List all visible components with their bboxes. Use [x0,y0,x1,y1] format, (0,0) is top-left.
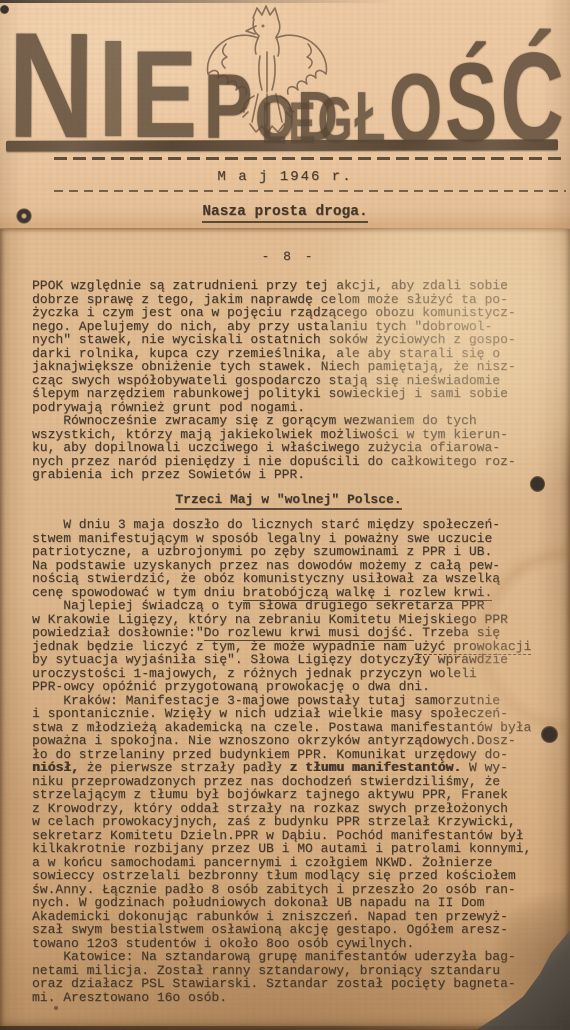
issue-date: M a j 1946 r. [0,169,570,185]
text-line: z Krowodrzy, który oddał strzały na rozk… [32,802,545,816]
text-line: Równocześnie zwracamy się z gorącym wezw… [32,414,545,428]
text-line: i spontanicznie. Wzięły w nich udział wi… [32,707,545,721]
masthead-letter: Ć [500,47,564,146]
text-line: podrywają również grunt pod nogami. [32,401,545,415]
text-line: w Krakowie Ligięzy, który na zebraniu Ko… [32,613,545,627]
text-segment: grabienia ich przez Sowietów i PPR. [32,467,305,482]
text-line: patriotyczne, a uzbrojonymi po zęby szum… [32,545,545,559]
text-line: PPR-owcy opóźnić przygotowaną prowokację… [32,680,545,694]
text-line: mi. Aresztowano 16o osób. [32,991,545,1005]
article-heading-text: Trzeci Maj w "wolnej" Polsce. [175,492,401,510]
masthead-letter: E [289,101,316,146]
text-line: jaknajwiększe obniżenie tych stawek. Nie… [32,360,545,374]
text-line: cenę spowodować w tym dniu bratobójczą w… [32,586,545,600]
newspaper-page: NIEPOD LEGŁOŚĆ M a j 1946 r. Nasza prost… [0,0,570,1030]
article-heading: Trzeci Maj w "wolnej" Polsce. [32,493,545,507]
masthead-letter: Ś [445,59,497,146]
text-line: W dniu 3 maja doszło do licznych starć m… [32,518,545,532]
text-line: życzka i czym jest ona w pojęciu rządząc… [32,306,545,320]
text-segment: mi. Aresztowano 16o osób. [32,990,227,1005]
masthead: NIEPOD LEGŁOŚĆ M a j 1946 r. Nasza prost… [0,0,570,229]
text-segment: Trzeba się [414,625,500,640]
text-line: Najlepiej świadczą o tym słowa drugiego … [32,599,545,613]
text-line: oraz działacz PSL Stawiarski. Sztandar z… [32,977,545,991]
text-line: Kraków: Manifestacje 3-majowe powstały t… [32,694,545,708]
text-line: ku, aby dopilnowali uczciwego i właściwe… [32,441,545,455]
text-line: cząc swych współobywateli gospodarczo st… [32,374,545,388]
text-line: darki rolnika, kupca czy rzemieślnika, a… [32,347,545,361]
text-line: niku przeprowadzonych przez nas dochodze… [32,775,545,789]
masthead-letter: E [131,47,197,144]
masthead-letter: G [318,96,353,146]
text-line: ło do strzelaniny przed budynkiem PPR. K… [32,748,545,762]
text-line: nych" stawek, nie wyciskali ostatnich so… [32,333,545,347]
text-line: grabienia ich przez Sowietów i PPR. [32,468,545,482]
page-edge-bottom [0,1026,570,1030]
text-line: nych. W godzinach południowych dokonał U… [32,896,545,910]
masthead-letter: O [389,69,443,146]
text-line: stwem manifestującym w sposób legalny i … [32,532,545,546]
text-line: poważna i spokojna. Nie wznoszono okrzyk… [32,734,545,748]
dashed-rule-bottom [54,190,566,192]
text-line: Na podstawie uzyskanych przez nas dowodó… [32,559,545,573]
text-line: Akademicki dokonując rabunków i zniszcze… [32,910,545,924]
text-line: Katowice: Na sztandarową grupę manifesta… [32,950,545,964]
masthead-letter: P [204,72,253,144]
text-line: by sytuacja wyjaśniła się". Słowa Ligięz… [32,653,545,667]
text-line: netami milicja. Został ranny sztandarowy… [32,964,545,978]
article-subtitle: Nasza prosta droga. [0,204,570,220]
text-line: dobrze sprawę z tego, jakim naprawdę cel… [32,293,545,307]
text-line: uroczystości 1-majowych, z różnych jedna… [32,667,545,681]
masthead-letter: L [262,101,287,146]
text-line: towano 12o3 studentów i około 8oo osób c… [32,937,545,951]
page-number: - 8 - [32,250,545,266]
text-line: wszystkich, którzy mają jakiekolwiek moż… [32,428,545,442]
text-line: szał swym bestialstwem osławioną akcję g… [32,923,545,937]
text-line: strzelającym z tłumu był bojówkarz tajne… [32,788,545,802]
masthead-title-right: LEGŁOŚĆ [262,48,564,146]
article-body: PPOK względnie są zatrudnieni przy tej a… [32,279,545,1004]
text-line: a w końcu samochodami pancernymi i czołg… [32,856,545,870]
text-line: w celach prowokacyjnych, zaś z budynku P… [32,815,545,829]
text-line: nością stwierdzić, że obóz komunistyczny… [32,572,545,586]
text-line: niósł, że pierwsze strzały padły z tłumu… [32,761,545,775]
ink-speck [54,1006,58,1010]
masthead-letter: Ł [355,90,386,146]
text-line: św.Anny. Łącznie padło 8 osób zabitych i… [32,883,545,897]
article-content: - 8 - PPOK względnie są zatrudnieni przy… [32,250,545,1004]
text-line: sowieccy ostrzelali bezbronny tłum modlą… [32,869,545,883]
text-line: jednak będzie liczyć z tym, że może wypa… [32,640,545,654]
text-line: sekretarz Komitetu Dzieln.PPR w Dąbiu. P… [32,829,545,843]
text-line: kilkakrotnie rozbijany przez UB i MO aut… [32,842,545,856]
text-line: nego. Apelujemy do nich, aby przy ustala… [32,320,545,334]
text-line: powiedział dosłownie:"Do rozlewu krwi mu… [32,626,545,640]
text-line: PPOK względnie są zatrudnieni przy tej a… [32,279,545,293]
text-line: ślepym narzędziem rabunkowej polityki so… [32,387,545,401]
text-line: nych przez naród pieniędzy i nie dopuści… [32,455,545,469]
masthead-letter: I [98,36,129,144]
text-line: stwa z młodzieżą akademicką na czele. Po… [32,721,545,735]
masthead-letter: N [8,27,95,145]
article-subtitle-text: Nasza prosta droga. [202,204,367,223]
